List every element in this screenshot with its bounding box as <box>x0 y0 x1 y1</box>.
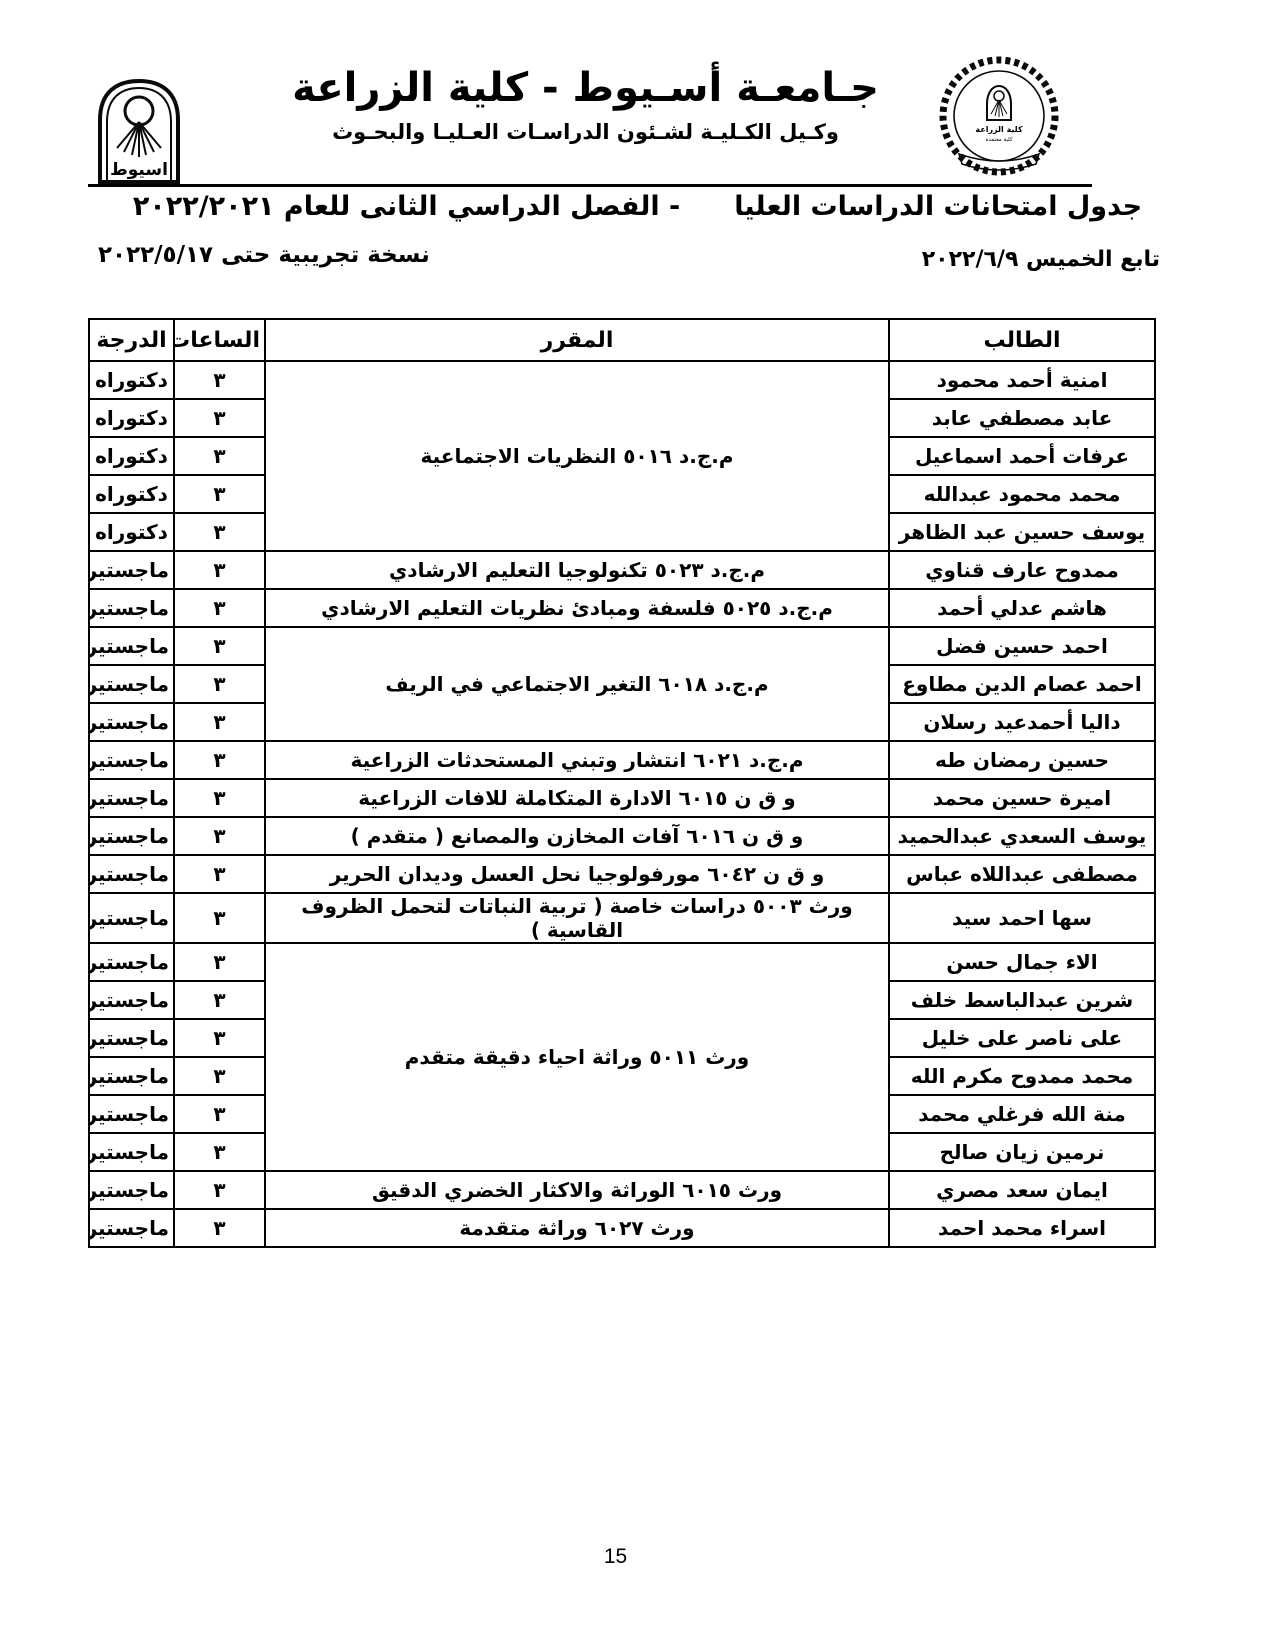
student-name-cell: شرين عبدالباسط خلف <box>889 981 1155 1019</box>
hours-cell: ٣ <box>174 741 265 779</box>
hours-cell: ٣ <box>174 437 265 475</box>
hours-cell: ٣ <box>174 665 265 703</box>
hours-cell: ٣ <box>174 779 265 817</box>
student-name-cell: حسين رمضان طه <box>889 741 1155 779</box>
hours-cell: ٣ <box>174 703 265 741</box>
student-name-cell: محمد ممدوح مكرم الله <box>889 1057 1155 1095</box>
degree-cell: ماجستير <box>89 855 174 893</box>
hours-cell: ٣ <box>174 1209 265 1247</box>
dean-subtitle: وكـيل الكـليـة لشـئون الدراسـات العـليـا… <box>0 120 1171 144</box>
student-name-cell: ممدوح عارف قناوي <box>889 551 1155 589</box>
student-name-cell: منة الله فرغلي محمد <box>889 1095 1155 1133</box>
trial-version-note: نسخة تجريبية حتى ٢٠٢٢/٥/١٧ <box>98 242 430 268</box>
course-cell: ورث ٥٠٠٣ دراسات خاصة ( تربية النباتات لت… <box>265 893 889 943</box>
student-name-cell: محمد محمود عبدالله <box>889 475 1155 513</box>
document-page: اسيوط ASSIUT UNIVERSITY FACULTY OF AGRIC… <box>0 0 1275 1650</box>
degree-cell: ماجستير <box>89 1095 174 1133</box>
hours-cell: ٣ <box>174 1133 265 1171</box>
student-name-cell: نرمين زيان صالح <box>889 1133 1155 1171</box>
hours-cell: ٣ <box>174 513 265 551</box>
table-row: ايمان سعد مصريورث ٦٠١٥ الوراثة والاكثار … <box>89 1171 1155 1209</box>
degree-cell: ماجستير <box>89 1133 174 1171</box>
hours-cell: ٣ <box>174 817 265 855</box>
follow-date-note: تابع الخميس ٢٠٢٢/٦/٩ <box>922 247 1160 272</box>
column-header: الدرجة <box>89 319 174 361</box>
hours-cell: ٣ <box>174 943 265 981</box>
course-cell: و ق ن ٦٠١٦ آفات المخازن والمصانع ( متقدم… <box>265 817 889 855</box>
hours-cell: ٣ <box>174 475 265 513</box>
hours-cell: ٣ <box>174 855 265 893</box>
degree-cell: ماجستير <box>89 1171 174 1209</box>
table-row: اسراء محمد احمدورث ٦٠٢٧ وراثة متقدمة٣ماج… <box>89 1209 1155 1247</box>
student-name-cell: على ناصر على خليل <box>889 1019 1155 1057</box>
student-name-cell: يوسف السعدي عبدالحميد <box>889 817 1155 855</box>
degree-cell: ماجستير <box>89 943 174 981</box>
emblem-text: اسيوط <box>110 160 168 180</box>
table-row: حسين رمضان طهم.ج.د ٦٠٢١ انتشار وتبني الم… <box>89 741 1155 779</box>
degree-cell: ماجستير <box>89 1209 174 1247</box>
student-name-cell: سها احمد سيد <box>889 893 1155 943</box>
course-cell: ورث ٦٠٢٧ وراثة متقدمة <box>265 1209 889 1247</box>
degree-cell: ماجستير <box>89 741 174 779</box>
table-row: امنية أحمد محمودم.ج.د ٥٠١٦ النظريات الاج… <box>89 361 1155 399</box>
degree-cell: دكتوراه <box>89 513 174 551</box>
student-name-cell: الاء جمال حسن <box>889 943 1155 981</box>
student-name-cell: عابد مصطفي عابد <box>889 399 1155 437</box>
degree-cell: ماجستير <box>89 817 174 855</box>
table-row: هاشم عدلي أحمدم.ج.د ٥٠٢٥ فلسفة ومبادئ نظ… <box>89 589 1155 627</box>
hours-cell: ٣ <box>174 627 265 665</box>
svg-text:ASSIUT UNIVERSITY FACULTY OF A: ASSIUT UNIVERSITY FACULTY OF AGRICULTURE <box>933 54 937 56</box>
table-row: يوسف السعدي عبدالحميدو ق ن ٦٠١٦ آفات الم… <box>89 817 1155 855</box>
course-cell: ورث ٥٠١١ وراثة احياء دقيقة متقدم <box>265 943 889 1171</box>
course-cell: و ق ن ٦٠١٥ الادارة المتكاملة للافات الزر… <box>265 779 889 817</box>
student-name-cell: داليا أحمدعيد رسلان <box>889 703 1155 741</box>
course-cell: و ق ن ٦٠٤٢ مورفولوجيا نحل العسل وديدان ا… <box>265 855 889 893</box>
student-name-cell: احمد عصام الدين مطاوع <box>889 665 1155 703</box>
course-cell: م.ج.د ٦٠١٨ التغير الاجتماعي في الريف <box>265 627 889 741</box>
seal-curved-text: ASSIUT UNIVERSITY FACULTY OF AGRICULTURE <box>933 54 937 56</box>
hours-cell: ٣ <box>174 981 265 1019</box>
student-name-cell: عرفات أحمد اسماعيل <box>889 437 1155 475</box>
header-title-block: جـامعـة أسـيوط - كلية الزراعة وكـيل الكـ… <box>0 66 1171 144</box>
header-divider <box>88 184 1092 187</box>
degree-cell: ماجستير <box>89 1057 174 1095</box>
degree-cell: ماجستير <box>89 551 174 589</box>
hours-cell: ٣ <box>174 589 265 627</box>
degree-cell: ماجستير <box>89 627 174 665</box>
course-cell: ورث ٦٠١٥ الوراثة والاكثار الخضري الدقيق <box>265 1171 889 1209</box>
hours-cell: ٣ <box>174 1057 265 1095</box>
degree-cell: ماجستير <box>89 703 174 741</box>
column-header: الساعات <box>174 319 265 361</box>
degree-cell: ماجستير <box>89 893 174 943</box>
hours-cell: ٣ <box>174 361 265 399</box>
hours-cell: ٣ <box>174 551 265 589</box>
student-name-cell: اميرة حسين محمد <box>889 779 1155 817</box>
table-row: اميرة حسين محمدو ق ن ٦٠١٥ الادارة المتكا… <box>89 779 1155 817</box>
column-header: المقرر <box>265 319 889 361</box>
exam-table: الطالبالمقررالساعاتالدرجة امنية أحمد محم… <box>88 318 1156 1248</box>
table-row: احمد حسين فضلم.ج.د ٦٠١٨ التغير الاجتماعي… <box>89 627 1155 665</box>
hours-cell: ٣ <box>174 893 265 943</box>
table-row: مصطفى عبداللاه عباسو ق ن ٦٠٤٢ مورفولوجيا… <box>89 855 1155 893</box>
degree-cell: دكتوراه <box>89 399 174 437</box>
hours-cell: ٣ <box>174 1095 265 1133</box>
course-cell: م.ج.د ٥٠٢٥ فلسفة ومبادئ نظريات التعليم ا… <box>265 589 889 627</box>
page-number: 15 <box>0 1545 1231 1569</box>
degree-cell: دكتوراه <box>89 437 174 475</box>
schedule-title: جدول امتحانات الدراسات العليا - الفصل ال… <box>0 191 1275 222</box>
course-cell: م.ج.د ٥٠١٦ النظريات الاجتماعية <box>265 361 889 551</box>
course-cell: م.ج.د ٦٠٢١ انتشار وتبني المستحدثات الزرا… <box>265 741 889 779</box>
table-row: سها احمد سيدورث ٥٠٠٣ دراسات خاصة ( تربية… <box>89 893 1155 943</box>
course-cell: م.ج.د ٥٠٢٣ تكنولوجيا التعليم الارشادي <box>265 551 889 589</box>
university-title: جـامعـة أسـيوط - كلية الزراعة <box>0 66 1171 110</box>
student-name-cell: امنية أحمد محمود <box>889 361 1155 399</box>
student-name-cell: اسراء محمد احمد <box>889 1209 1155 1247</box>
table-row: الاء جمال حسنورث ٥٠١١ وراثة احياء دقيقة … <box>89 943 1155 981</box>
student-name-cell: يوسف حسين عبد الظاهر <box>889 513 1155 551</box>
student-name-cell: هاشم عدلي أحمد <box>889 589 1155 627</box>
student-name-cell: مصطفى عبداللاه عباس <box>889 855 1155 893</box>
student-name-cell: احمد حسين فضل <box>889 627 1155 665</box>
table-row: ممدوح عارف قناويم.ج.د ٥٠٢٣ تكنولوجيا الت… <box>89 551 1155 589</box>
column-header: الطالب <box>889 319 1155 361</box>
table-header-row: الطالبالمقررالساعاتالدرجة <box>89 319 1155 361</box>
degree-cell: ماجستير <box>89 589 174 627</box>
hours-cell: ٣ <box>174 1019 265 1057</box>
degree-cell: ماجستير <box>89 665 174 703</box>
hours-cell: ٣ <box>174 399 265 437</box>
degree-cell: ماجستير <box>89 1019 174 1057</box>
degree-cell: دكتوراه <box>89 361 174 399</box>
student-name-cell: ايمان سعد مصري <box>889 1171 1155 1209</box>
degree-cell: دكتوراه <box>89 475 174 513</box>
degree-cell: ماجستير <box>89 779 174 817</box>
hours-cell: ٣ <box>174 1171 265 1209</box>
degree-cell: ماجستير <box>89 981 174 1019</box>
